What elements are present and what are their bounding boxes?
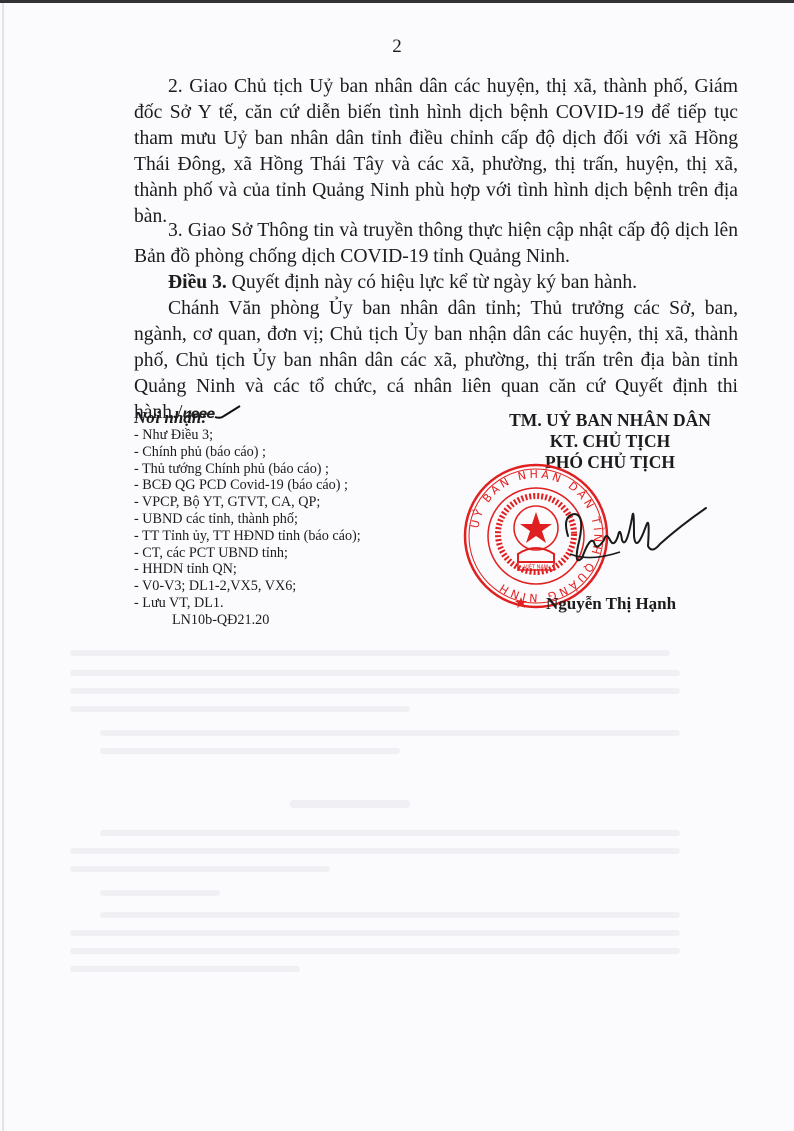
handwritten-signature-icon (560, 496, 710, 576)
recipient-item: - V0-V3; DL1-2,VX5, VX6; (134, 578, 361, 595)
page-number: 2 (0, 36, 794, 58)
signer-line-1: TM. UỶ BAN NHÂN DÂN (470, 410, 750, 431)
item-2-text: 2. Giao Chủ tịch Uỷ ban nhân dân các huy… (134, 76, 738, 227)
signer-name: Nguyễn Thị Hạnh (546, 594, 676, 614)
recipient-item: - CT, các PCT UBND tỉnh; (134, 545, 361, 562)
paragraph-item-2: 2. Giao Chủ tịch Uỷ ban nhân dân các huy… (134, 74, 738, 230)
article-3-label: Điều 3. (168, 272, 227, 293)
recipients-block: Nơi nhận: - Như Điều 3; - Chính phủ (báo… (134, 408, 361, 629)
emblem-text: VIỆT NAM (524, 563, 548, 571)
recipient-item: - VPCP, Bộ YT, GTVT, CA, QP; (134, 494, 361, 511)
recipients-heading: Nơi nhận: (134, 408, 361, 427)
recipient-item: - Lưu VT, DL1. (134, 595, 361, 612)
recipient-item: - TT Tỉnh ủy, TT HĐND tỉnh (báo cáo); (134, 528, 361, 545)
recipient-item: - Thủ tướng Chính phủ (báo cáo) ; (134, 461, 361, 478)
scan-left-edge (2, 3, 4, 1131)
paragraph-item-3: 3. Giao Sở Thông tin và truyền thông thự… (134, 218, 738, 270)
item-3-text: 3. Giao Sở Thông tin và truyền thông thự… (134, 220, 738, 267)
scan-top-border (0, 0, 794, 3)
article-3-text: Quyết định này có hiệu lực kể từ ngày ký… (227, 272, 637, 293)
signer-line-2: KT. CHỦ TỊCH (470, 431, 750, 452)
document-code: LN10b-QĐ21.20 (134, 612, 361, 629)
paragraph-article-3: Điều 3. Quyết định này có hiệu lực kể từ… (134, 270, 738, 296)
recipient-item: - BCĐ QG PCD Covid-19 (báo cáo) ; (134, 477, 361, 494)
recipient-item: - Chính phủ (báo cáo) ; (134, 444, 361, 461)
recipient-item: - UBND các tỉnh, thành phố; (134, 511, 361, 528)
recipient-item: - Như Điều 3; (134, 427, 361, 444)
recipient-item: - HHDN tỉnh QN; (134, 561, 361, 578)
